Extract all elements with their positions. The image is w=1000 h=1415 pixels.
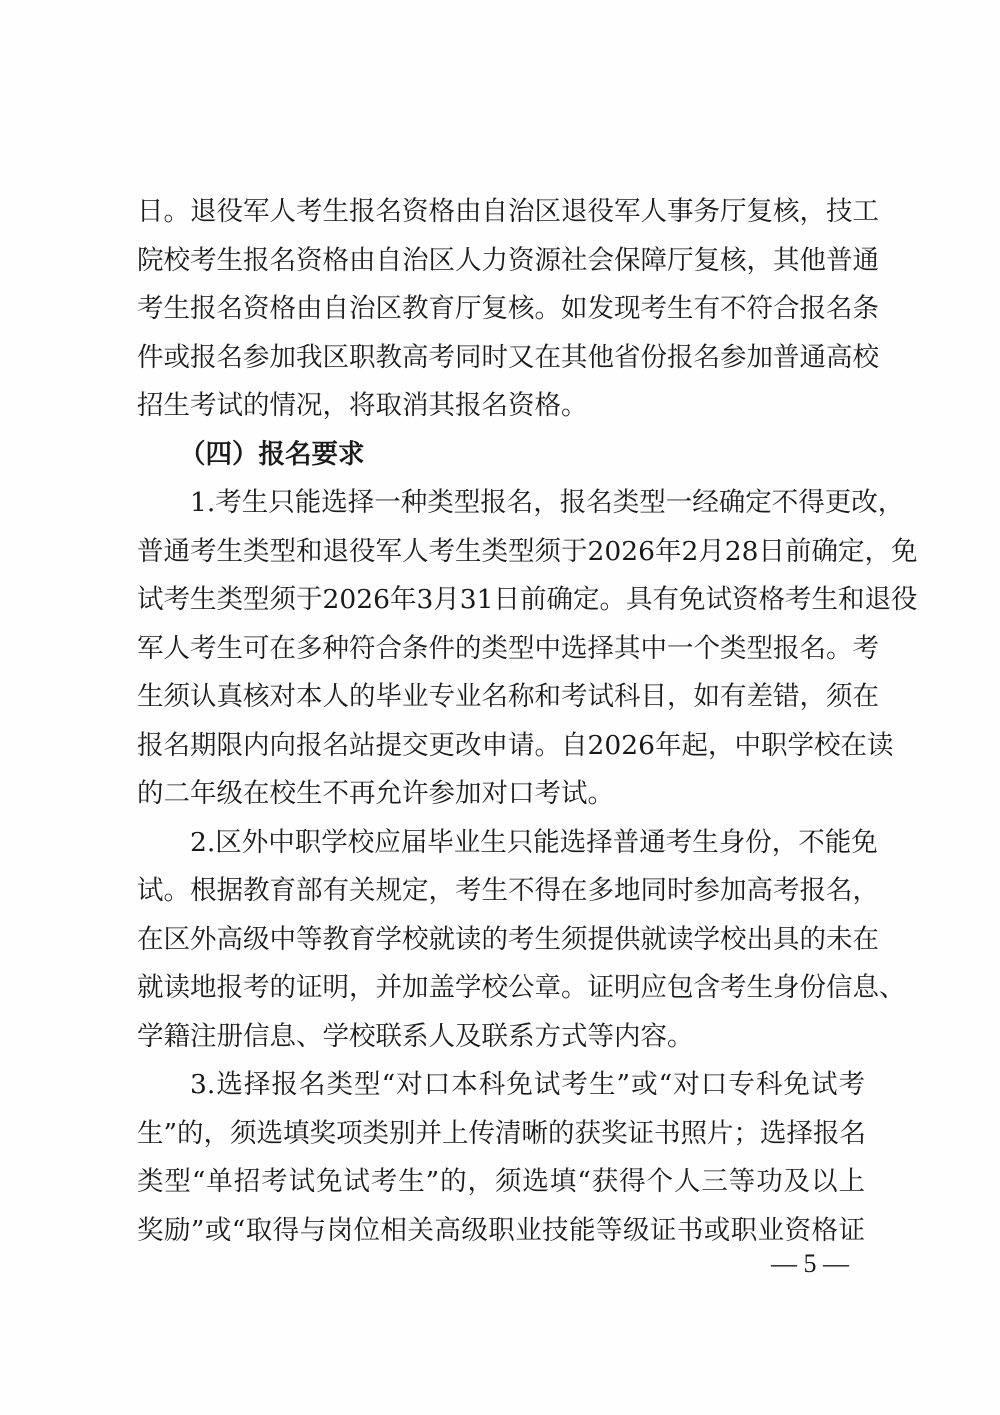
document-page: 日。退役军人考生报名资格由自治区退役军人事务厅复核，技工 院校考生报名资格由自治… [0,0,1000,1415]
text-line: 就读地报考的证明，并加盖学校公章。证明应包含考生身份信息、 [137,964,865,1013]
text-line: 试考生类型须于2026年3月31日前确定。具有免试资格考生和退役 [137,576,865,625]
text-line: 报名期限内向报名站提交更改申请。自2026年起，中职学校在读 [137,722,865,771]
text-line: 件或报名参加我区职教高考同时又在其他省份报名参加普通高校 [137,334,865,383]
section-heading: （四）报名要求 [137,431,865,480]
text-line: 军人考生可在多种符合条件的类型中选择其中一个类型报名。考 [137,625,865,674]
text-line: 的二年级在校生不再允许参加对口考试。 [137,770,865,819]
text-line: 生须认真核对本人的毕业专业名称和考试科目，如有差错，须在 [137,673,865,722]
document-body: 日。退役军人考生报名资格由自治区退役军人事务厅复核，技工 院校考生报名资格由自治… [137,188,865,1255]
page-number: — 5 — [760,1246,860,1282]
text-line: 日。退役军人考生报名资格由自治区退役军人事务厅复核，技工 [137,188,865,237]
text-line: 奖励”或“取得与岗位相关高级职业技能等级证书或职业资格证 [137,1207,865,1256]
text-line: 生”的，须选填奖项类别并上传清晰的获奖证书照片；选择报名 [137,1110,865,1159]
text-line: 1.考生只能选择一种类型报名，报名类型一经确定不得更改， [137,479,865,528]
text-line: 3.选择报名类型“对口本科免试考生”或“对口专科免试考 [137,1061,865,1110]
text-line: 试。根据教育部有关规定，考生不得在多地同时参加高考报名， [137,867,865,916]
text-line: 在区外高级中等教育学校就读的考生须提供就读学校出具的未在 [137,916,865,965]
text-line: 2.区外中职学校应届毕业生只能选择普通考生身份，不能免 [137,819,865,868]
text-line: 学籍注册信息、学校联系人及联系方式等内容。 [137,1013,865,1062]
text-line: 类型“单招考试免试考生”的，须选填“获得个人三等功及以上 [137,1158,865,1207]
text-line: 考生报名资格由自治区教育厅复核。如发现考生有不符合报名条 [137,285,865,334]
text-line: 院校考生报名资格由自治区人力资源社会保障厅复核，其他普通 [137,237,865,286]
text-line: 普通考生类型和退役军人考生类型须于2026年2月28日前确定，免 [137,528,865,577]
text-line: 招生考试的情况，将取消其报名资格。 [137,382,865,431]
